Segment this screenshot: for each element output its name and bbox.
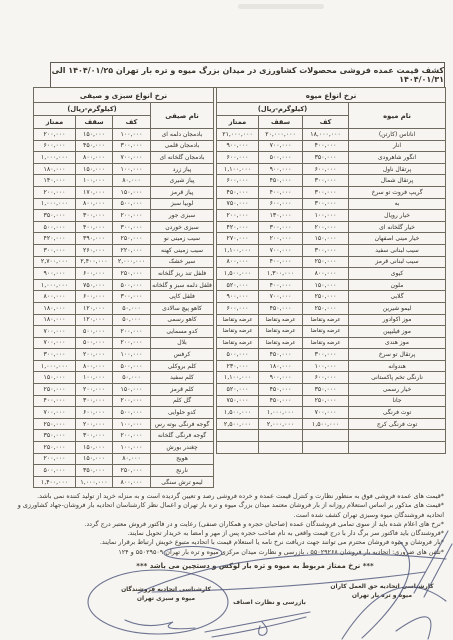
cell-name: گریپ فروت تو سرخ bbox=[349, 186, 446, 198]
cell-saghf: ۴۰۰,۰۰۰ bbox=[259, 279, 303, 291]
cell-kaf: عرضه وتقاضا bbox=[303, 337, 349, 349]
document-title: کشف قیمت عمده فروشی محصولات کشاورزی در م… bbox=[50, 62, 445, 88]
cell-name: کدو مسمایی bbox=[151, 326, 214, 338]
cell-momtaz: ۲۵۰,۰۰۰ bbox=[34, 384, 76, 396]
cell-momtaz: ۲۱,۰۰۰,۰۰۰ bbox=[217, 129, 259, 141]
cell-kaf: ۳۰۰,۰۰۰ bbox=[113, 221, 151, 233]
cell-momtaz: ۱,۵۰۰,۰۰۰ bbox=[217, 407, 259, 419]
cell-name: جانا bbox=[349, 395, 446, 407]
cell-saghf: ۴۰۰,۰۰۰ bbox=[259, 256, 303, 268]
cell-name: کاهو پیچ سالادی bbox=[151, 302, 214, 314]
cell-saghf: ۱۷۰,۰۰۰ bbox=[76, 186, 113, 198]
table-row: پرتقال ناول۶۰۰,۰۰۰۹۰۰,۰۰۰۱,۱۰۰,۰۰۰ bbox=[217, 163, 446, 175]
fruit-unit-header: (کیلوگرم-ریال) bbox=[217, 103, 349, 116]
table-row: چغندر بورش۱۰۰,۰۰۰۱۵۰,۰۰۰۲۵۰,۰۰۰ bbox=[34, 442, 214, 454]
cell-kaf: ۲۵۰,۰۰۰ bbox=[113, 233, 151, 245]
veg-unit-header: (کیلوگرم-ریال) bbox=[34, 103, 151, 116]
table-row: جانا۲۵۰,۰۰۰۴۵۰,۰۰۰۷۵۰,۰۰۰ bbox=[217, 395, 446, 407]
table-row: موز هندیعرضه وتقاضاعرضه وتقاضاعرضه وتقاض… bbox=[217, 337, 446, 349]
cell-name: بادمجان قلمی bbox=[151, 140, 214, 152]
cell-momtaz: ۲۳۰,۰۰۰ bbox=[217, 360, 259, 372]
fruit-price-table: نرخ انواع میوه نام میوه (کیلوگرم-ریال) ک… bbox=[216, 87, 446, 454]
cell-saghf: ۱۰۰,۰۰۰ bbox=[76, 175, 113, 187]
cell-saghf: ۸۰۰,۰۰۰ bbox=[76, 198, 113, 210]
table-row: سیب لبنانی سفید۳۰۰,۰۰۰۷۰۰,۰۰۰۱,۱۰۰,۰۰۰ bbox=[217, 244, 446, 256]
cell-name: خیار رسمی bbox=[349, 384, 446, 396]
cell-momtaz: ۱,۱۰۰,۰۰۰ bbox=[217, 372, 259, 384]
cell-name: هویج bbox=[151, 453, 214, 465]
cell-momtaz: ۵۰۰,۰۰۰ bbox=[34, 465, 76, 477]
cell-momtaz: ۴۲۰,۰۰۰ bbox=[34, 233, 76, 245]
table-row: فلفل دلمه سبز و گلخانه۵۰۰,۰۰۰۷۵۰,۰۰۰۱,۰۰… bbox=[34, 279, 214, 291]
cell-kaf: ۱۵۰,۰۰۰ bbox=[113, 186, 151, 198]
cell-momtaz: ۳۵۰,۰۰۰ bbox=[34, 430, 76, 442]
footnote-line: *فروشندگان باید فاکتور سر برگ دار با درج… bbox=[14, 529, 444, 538]
cell-name: پرتقال تو سرخ bbox=[349, 349, 446, 361]
table-row bbox=[217, 430, 446, 442]
cell-name bbox=[349, 442, 446, 454]
table-row: سیب زمینی کهنه۲۲۰,۰۰۰۲۶۰,۰۰۰۳۰۰,۰۰۰ bbox=[34, 244, 214, 256]
cell-name: موز هندی bbox=[349, 337, 446, 349]
cell-kaf: ۳۰۰,۰۰۰ bbox=[113, 291, 151, 303]
cell-saghf: ۶۰۰,۰۰۰ bbox=[76, 291, 113, 303]
fruit-name-column-header: نام میوه bbox=[349, 103, 446, 129]
cell-saghf: ۲۰۰,۰۰۰ bbox=[76, 384, 113, 396]
cell-name: فلفل کاپی bbox=[151, 291, 214, 303]
cell-kaf: ۲۵۰,۰۰۰ bbox=[303, 291, 349, 303]
cell-saghf: ۴۵۰,۰۰۰ bbox=[259, 175, 303, 187]
cell-name: انگور شاهرودی bbox=[349, 152, 446, 164]
cell-saghf: ۳۰۰,۰۰۰ bbox=[76, 430, 113, 442]
cell-kaf: ۵۰۰,۰۰۰ bbox=[113, 198, 151, 210]
cell-saghf: ۷۰۰,۰۰۰ bbox=[259, 244, 303, 256]
table-row: انار۴۰۰,۰۰۰۷۰۰,۰۰۰۹۰۰,۰۰۰ bbox=[217, 140, 446, 152]
cell-name: کرفس bbox=[151, 349, 214, 361]
cell-saghf: ۱۵۰,۰۰۰ bbox=[76, 129, 113, 141]
cell-momtaz: ۱,۰۰۰,۰۰۰ bbox=[34, 360, 76, 372]
table-row: کلم سفید۵۰,۰۰۰۱۰۰,۰۰۰۱۵۰,۰۰۰ bbox=[34, 372, 214, 384]
table-row: گریپ فروت تو سرخ۳۰۰,۰۰۰۴۰۰,۰۰۰۴۵۰,۰۰۰ bbox=[217, 186, 446, 198]
table-row: گل کلم۲۰۰,۰۰۰۳۰۰,۰۰۰۴۰۰,۰۰۰ bbox=[34, 395, 214, 407]
table-row: گوجه فرنگی بوته رس۱۰۰,۰۰۰۲۰۰,۰۰۰۲۵۰,۰۰۰ bbox=[34, 418, 214, 430]
table-row: انگور شاهرودی۳۵۰,۰۰۰۵۰۰,۰۰۰۶۰۰,۰۰۰ bbox=[217, 152, 446, 164]
cell-kaf: ۲,۰۰۰,۰۰۰ bbox=[113, 256, 151, 268]
signature-title-line: کارشناسی اتحادیه فروشندگان bbox=[110, 586, 222, 595]
scanned-price-document: { "title": "کشف قیمت عمده فروشی محصولات … bbox=[0, 0, 453, 640]
cell-momtaz: ۵۲۰,۰۰۰ bbox=[217, 384, 259, 396]
table-row: کرفس۱۰۰,۰۰۰۲۰۰,۰۰۰۳۰۰,۰۰۰ bbox=[34, 349, 214, 361]
table-row: سیب لبنانی قرمز۲۵۰,۰۰۰۴۰۰,۰۰۰۸۰۰,۰۰۰ bbox=[217, 256, 446, 268]
cell-momtaz: ۷۰۰,۰۰۰ bbox=[34, 326, 76, 338]
table-row: کلم قرمز۱۵۰,۰۰۰۲۰۰,۰۰۰۲۵۰,۰۰۰ bbox=[34, 384, 214, 396]
cell-saghf: ۱۲۰,۰۰۰ bbox=[76, 302, 113, 314]
cell-momtaz: ۲,۷۰۰,۰۰۰ bbox=[34, 256, 76, 268]
cell-kaf: ۳۵۰,۰۰۰ bbox=[303, 384, 349, 396]
cell-kaf: ۲۰۰,۰۰۰ bbox=[113, 337, 151, 349]
cell-kaf: ۱۰۰,۰۰۰ bbox=[113, 442, 151, 454]
table-row: بلال۲۰۰,۰۰۰۵۰۰,۰۰۰۷۰۰,۰۰۰ bbox=[34, 337, 214, 349]
signature-title-line: میوه و تره بار تهران bbox=[318, 592, 446, 601]
fruit-col-kaf: کف bbox=[303, 116, 349, 129]
cell-kaf: ۱۰۰,۰۰۰ bbox=[113, 349, 151, 361]
table-row: خیار رسمی۳۵۰,۰۰۰۴۵۰,۰۰۰۵۲۰,۰۰۰ bbox=[217, 384, 446, 396]
signature-block-sellers-union: کارشناسی اتحادیه فروشندگان میوه و سبزی ت… bbox=[110, 586, 222, 603]
table-row: توت فرنگی کرج۱,۵۰۰,۰۰۰۲,۰۰۰,۰۰۰۲,۵۰۰,۰۰۰ bbox=[217, 418, 446, 430]
cell-name: انار bbox=[349, 140, 446, 152]
table-row: هویج۸۰,۰۰۰۱۵۰,۰۰۰۲۰۰,۰۰۰ bbox=[34, 453, 214, 465]
cell-saghf: ۴۵۰,۰۰۰ bbox=[259, 395, 303, 407]
cell-momtaz bbox=[217, 430, 259, 442]
cell-kaf: ۸۰۰,۰۰۰ bbox=[113, 476, 151, 488]
cell-momtaz: ۳۵۰,۰۰۰ bbox=[34, 210, 76, 222]
cell-kaf: ۱۵۰,۰۰۰ bbox=[303, 279, 349, 291]
table-row: خیار مینی اصفهان۱۵۰,۰۰۰۲۰۰,۰۰۰۲۷۰,۰۰۰ bbox=[217, 233, 446, 245]
cell-kaf: ۵۰۰,۰۰۰ bbox=[113, 279, 151, 291]
footnote-line: *بار فروشان و میوه فروشان محترم می توانن… bbox=[14, 538, 444, 547]
cell-name: پیاز قرمز bbox=[151, 186, 214, 198]
table-row: نارنج۲۵۰,۰۰۰۳۵۰,۰۰۰۵۰۰,۰۰۰ bbox=[34, 465, 214, 477]
veg-col-saghf: سقف bbox=[76, 116, 113, 129]
cell-kaf: ۸۰۰,۰۰۰ bbox=[303, 268, 349, 280]
table-row: فلفل تند ریز گلخانه۲۵۰,۰۰۰۶۰۰,۰۰۰۹۰۰,۰۰۰ bbox=[34, 268, 214, 280]
cell-kaf: ۳۰۰,۰۰۰ bbox=[303, 186, 349, 198]
cell-saghf: ۷۰۰,۰۰۰ bbox=[259, 291, 303, 303]
table-row: توت فرنگی۷۰۰,۰۰۰۱,۰۰۰,۰۰۰۱,۵۰۰,۰۰۰ bbox=[217, 407, 446, 419]
cell-momtaz: ۹۰۰,۰۰۰ bbox=[34, 268, 76, 280]
cell-name: موز اکوادور bbox=[349, 314, 446, 326]
cell-kaf: عرضه وتقاضا bbox=[303, 314, 349, 326]
cell-saghf: ۶۰۰,۰۰۰ bbox=[259, 198, 303, 210]
cell-kaf: ۳۰۰,۰۰۰ bbox=[303, 198, 349, 210]
cell-momtaz: ۱,۰۰۰,۰۰۰ bbox=[34, 152, 76, 164]
cell-momtaz: ۱۸۰,۰۰۰ bbox=[34, 302, 76, 314]
cell-momtaz: ۷۰۰,۰۰۰ bbox=[34, 407, 76, 419]
table-row: گلابی۲۵۰,۰۰۰۷۰۰,۰۰۰۹۰۰,۰۰۰ bbox=[217, 291, 446, 303]
cell-kaf: ۲۵۰,۰۰۰ bbox=[113, 268, 151, 280]
cell-kaf: ۱۵۰,۰۰۰ bbox=[113, 384, 151, 396]
table-row: خیار گلخانه ای۲۰۰,۰۰۰۳۰۰,۰۰۰۴۲۰,۰۰۰ bbox=[217, 221, 446, 233]
cell-saghf: ۲,۴۰۰,۰۰۰ bbox=[76, 256, 113, 268]
cell-momtaz: ۲۵۰,۰۰۰ bbox=[34, 418, 76, 430]
cell-momtaz: عرضه وتقاضا bbox=[217, 326, 259, 338]
table-row: بادمجان قلمی۳۰۰,۰۰۰۴۵۰,۰۰۰۶۰۰,۰۰۰ bbox=[34, 140, 214, 152]
signature-title-line: بازرسی و نظارت اصناف bbox=[222, 599, 317, 608]
cell-saghf: ۲۰۰,۰۰۰ bbox=[259, 233, 303, 245]
cell-momtaz: ۱۸۰,۰۰۰ bbox=[34, 314, 76, 326]
middle-signature-scribble bbox=[205, 612, 310, 632]
cell-kaf: ۲۵۰,۰۰۰ bbox=[303, 256, 349, 268]
cell-momtaz: ۲۷۰,۰۰۰ bbox=[217, 233, 259, 245]
cell-kaf: ۲۰۰,۰۰۰ bbox=[113, 395, 151, 407]
cell-kaf: ۵۰۰,۰۰۰ bbox=[113, 360, 151, 372]
veg-name-column-header: نام صیفی bbox=[151, 103, 214, 129]
cell-momtaz: ۴۰۰,۰۰۰ bbox=[34, 395, 76, 407]
cell-momtaz: ۱,۰۰۰,۰۰۰ bbox=[34, 279, 76, 291]
cell-momtaz: ۶۰۰,۰۰۰ bbox=[34, 140, 76, 152]
table-row: لیمو ترش سنگی۸۰۰,۰۰۰۱,۰۰۰,۰۰۰۱,۴۰۰,۰۰۰ bbox=[34, 476, 214, 488]
cell-name: چغندر بورش bbox=[151, 442, 214, 454]
cell-name: گوجه فرنگی گلخانه bbox=[151, 430, 214, 442]
signature-title-line: میوه و سبزی تهران bbox=[110, 595, 222, 604]
table-row: سیب زمینی نو۲۵۰,۰۰۰۳۹۰,۰۰۰۴۲۰,۰۰۰ bbox=[34, 233, 214, 245]
middle-signature-scribble bbox=[212, 617, 306, 637]
table-row: نارنگی تخم پاکستانی۶۰۰,۰۰۰۹۰۰,۰۰۰۱,۱۰۰,۰… bbox=[217, 372, 446, 384]
cell-saghf: ۴۵۰,۰۰۰ bbox=[259, 349, 303, 361]
cell-name: سیب لبنانی قرمز bbox=[349, 256, 446, 268]
cell-name: توت فرنگی کرج bbox=[349, 418, 446, 430]
cell-name: لیمو ترش سنگی bbox=[151, 476, 214, 488]
cell-saghf: ۱۵۰,۰۰۰ bbox=[76, 163, 113, 175]
table-row: اناناس (کارتن)۱۸,۰۰۰,۰۰۰۲۰,۰۰۰,۰۰۰۲۱,۰۰۰… bbox=[217, 129, 446, 141]
cell-momtaz: ۲۰۰,۰۰۰ bbox=[34, 186, 76, 198]
veg-section-header: نرخ انواع سبزی و صیفی bbox=[34, 88, 214, 103]
cell-name: پیاز زرد bbox=[151, 163, 214, 175]
table-row: پرتقال شمال۳۰۰,۰۰۰۴۵۰,۰۰۰۶۰۰,۰۰۰ bbox=[217, 175, 446, 187]
cell-kaf: ۱۰۰,۰۰۰ bbox=[113, 129, 151, 141]
cell-saghf: ۶۰۰,۰۰۰ bbox=[76, 268, 113, 280]
cell-momtaz: ۶۰۰,۰۰۰ bbox=[217, 175, 259, 187]
cell-momtaz: ۹۰۰,۰۰۰ bbox=[217, 291, 259, 303]
cell-name: اناناس (کارتن) bbox=[349, 129, 446, 141]
cell-momtaz: ۱۵۰,۰۰۰ bbox=[34, 372, 76, 384]
right-signature-scribble bbox=[396, 617, 431, 639]
cell-saghf: ۱۵۰,۰۰۰ bbox=[76, 442, 113, 454]
cell-kaf: ۳۵۰,۰۰۰ bbox=[303, 152, 349, 164]
cell-kaf: ۱,۵۰۰,۰۰۰ bbox=[303, 418, 349, 430]
left-signature-scribble bbox=[125, 620, 195, 629]
cell-kaf: ۲۰۰,۰۰۰ bbox=[113, 326, 151, 338]
cell-momtaz: ۷۵۰,۰۰۰ bbox=[217, 198, 259, 210]
table-row: موز اکوادورعرضه وتقاضاعرضه وتقاضاعرضه وت… bbox=[217, 314, 446, 326]
cell-momtaz: ۱,۱۰۰,۰۰۰ bbox=[217, 244, 259, 256]
cell-name: خیار گلخانه ای bbox=[349, 221, 446, 233]
cell-kaf: ۶۰۰,۰۰۰ bbox=[303, 372, 349, 384]
cell-name: موز فیلیپین bbox=[349, 326, 446, 338]
cell-momtaz: ۳۰۰,۰۰۰ bbox=[34, 244, 76, 256]
cell-name: سبزی خوردن bbox=[151, 221, 214, 233]
cell-momtaz: عرضه وتقاضا bbox=[217, 337, 259, 349]
cell-kaf: ۵۰,۰۰۰ bbox=[113, 302, 151, 314]
cell-name: لیمو شیرین bbox=[349, 302, 446, 314]
cell-momtaz: ۸۰۰,۰۰۰ bbox=[34, 291, 76, 303]
cell-saghf: ۱,۰۰۰,۰۰۰ bbox=[259, 407, 303, 419]
footnote-line: *نرخ های اعلام شده باید از سوی تمامی فرو… bbox=[14, 520, 444, 529]
table-row: پیاز قرمز۱۵۰,۰۰۰۱۷۰,۰۰۰۲۰۰,۰۰۰ bbox=[34, 186, 214, 198]
cell-kaf: ۱۰۰,۰۰۰ bbox=[303, 210, 349, 222]
cell-kaf: ۸۰,۰۰۰ bbox=[113, 175, 151, 187]
cell-name: کلم سفید bbox=[151, 372, 214, 384]
cell-saghf: ۵۰۰,۰۰۰ bbox=[76, 337, 113, 349]
cell-saghf: ۳۰۰,۰۰۰ bbox=[76, 210, 113, 222]
footnote-line: *قیمت های عمده فروشی فوق به منظور نظارت … bbox=[14, 492, 444, 501]
cell-momtaz: ۲۵۰,۰۰۰ bbox=[34, 442, 76, 454]
cell-momtaz: ۳۰۰,۰۰۰ bbox=[34, 349, 76, 361]
cell-kaf: ۲۰۰,۰۰۰ bbox=[113, 210, 151, 222]
cell-saghf: ۳۰۰,۰۰۰ bbox=[76, 395, 113, 407]
table-row: پیاز زرد۱۰۰,۰۰۰۱۵۰,۰۰۰۱۸۰,۰۰۰ bbox=[34, 163, 214, 175]
cell-name: خیار مینی اصفهان bbox=[349, 233, 446, 245]
cell-saghf: ۵۰۰,۰۰۰ bbox=[76, 326, 113, 338]
table-row: هندوانه۱۰۰,۰۰۰۱۸۰,۰۰۰۲۳۰,۰۰۰ bbox=[217, 360, 446, 372]
table-row: ملون۱۵۰,۰۰۰۴۰۰,۰۰۰۵۲۰,۰۰۰ bbox=[217, 279, 446, 291]
cell-momtaz: ۱,۱۰۰,۰۰۰ bbox=[217, 163, 259, 175]
cell-saghf: ۹۰۰,۰۰۰ bbox=[259, 163, 303, 175]
veg-col-momtaz: ممتاز bbox=[34, 116, 76, 129]
cell-saghf: ۸۰۰,۰۰۰ bbox=[76, 152, 113, 164]
cell-momtaz: ۷۰۰,۰۰۰ bbox=[34, 337, 76, 349]
cell-saghf: ۳۹۰,۰۰۰ bbox=[76, 233, 113, 245]
footnote-line: *قیمت های مذکور بر اساس استعلام روزانه ا… bbox=[14, 501, 444, 520]
signature-block-guild-inspection: بازرسی و نظارت اصناف bbox=[222, 599, 317, 608]
cell-kaf: ۱۸,۰۰۰,۰۰۰ bbox=[303, 129, 349, 141]
cell-momtaz: ۵۰۰,۰۰۰ bbox=[217, 349, 259, 361]
cell-saghf: ۶۰۰,۰۰۰ bbox=[76, 407, 113, 419]
middle-signature-scribble bbox=[259, 622, 267, 635]
table-row: کاهو رسمی۵۰,۰۰۰۱۲۰,۰۰۰۱۸۰,۰۰۰ bbox=[34, 314, 214, 326]
cell-name: خیار رویال bbox=[349, 210, 446, 222]
cell-name: به bbox=[349, 198, 446, 210]
cell-name: کاهو رسمی bbox=[151, 314, 214, 326]
cell-saghf: ۴۵۰,۰۰۰ bbox=[259, 384, 303, 396]
premium-grade-note: *** نرخ ممتاز مربوط به میوه و تره بار لو… bbox=[60, 562, 450, 570]
cell-momtaz: ۲۰۰,۰۰۰ bbox=[34, 129, 76, 141]
cell-name: ملون bbox=[349, 279, 446, 291]
cell-saghf bbox=[259, 430, 303, 442]
cell-name: بادمجان گلخانه ای bbox=[151, 152, 214, 164]
cell-name: سیر خشک bbox=[151, 256, 214, 268]
cell-kaf: ۳۰۰,۰۰۰ bbox=[113, 140, 151, 152]
cell-saghf: ۲,۰۰۰,۰۰۰ bbox=[259, 418, 303, 430]
table-row: گوجه فرنگی گلخانه۲۰۰,۰۰۰۳۰۰,۰۰۰۳۵۰,۰۰۰ bbox=[34, 430, 214, 442]
cell-saghf: ۴۰۰,۰۰۰ bbox=[259, 186, 303, 198]
cell-kaf: ۳۰۰,۰۰۰ bbox=[303, 175, 349, 187]
cell-saghf: ۴۵۰,۰۰۰ bbox=[259, 302, 303, 314]
cell-name: لوبیا سبز bbox=[151, 198, 214, 210]
cell-kaf: ۲۵۰,۰۰۰ bbox=[303, 302, 349, 314]
cell-kaf: ۳۰۰,۰۰۰ bbox=[303, 349, 349, 361]
cell-momtaz: ۱,۴۰۰,۰۰۰ bbox=[34, 476, 76, 488]
cell-saghf: ۵۰۰,۰۰۰ bbox=[259, 152, 303, 164]
table-row: لیمو شیرین۲۵۰,۰۰۰۴۵۰,۰۰۰۶۰۰,۰۰۰ bbox=[217, 302, 446, 314]
cell-saghf: ۲۰۰,۰۰۰ bbox=[76, 349, 113, 361]
cell-momtaz: ۸۰۰,۰۰۰ bbox=[217, 256, 259, 268]
cell-saghf: ۱۸۰,۰۰۰ bbox=[259, 360, 303, 372]
cell-saghf: عرضه وتقاضا bbox=[259, 326, 303, 338]
table-row: فلفل کاپی۳۰۰,۰۰۰۶۰۰,۰۰۰۸۰۰,۰۰۰ bbox=[34, 291, 214, 303]
cell-momtaz: ۷۵۰,۰۰۰ bbox=[217, 395, 259, 407]
cell-momtaz: ۱۴۰,۰۰۰ bbox=[34, 175, 76, 187]
cell-saghf: ۲۰,۰۰۰,۰۰۰ bbox=[259, 129, 303, 141]
cell-name: فلفل دلمه سبز و گلخانه bbox=[151, 279, 214, 291]
cell-saghf: ۹۰۰,۰۰۰ bbox=[259, 372, 303, 384]
cell-momtaz: ۴۲۰,۰۰۰ bbox=[217, 221, 259, 233]
table-row: سیر خشک۲,۰۰۰,۰۰۰۲,۴۰۰,۰۰۰۲,۷۰۰,۰۰۰ bbox=[34, 256, 214, 268]
cell-saghf: ۴۰۰,۰۰۰ bbox=[76, 221, 113, 233]
cell-momtaz: ۶۰۰,۰۰۰ bbox=[217, 152, 259, 164]
cell-saghf: ۱۳۰,۰۰۰ bbox=[259, 210, 303, 222]
table-row: لوبیا سبز۵۰۰,۰۰۰۸۰۰,۰۰۰۱,۰۰۰,۰۰۰ bbox=[34, 198, 214, 210]
cell-saghf bbox=[259, 442, 303, 454]
cell-kaf: ۵۰,۰۰۰ bbox=[113, 314, 151, 326]
cell-momtaz: ۵۰۰,۰۰۰ bbox=[34, 221, 76, 233]
cell-kaf: ۸۰,۰۰۰ bbox=[113, 453, 151, 465]
cell-kaf bbox=[303, 430, 349, 442]
table-row: پیاز شیری۸۰,۰۰۰۱۰۰,۰۰۰۱۴۰,۰۰۰ bbox=[34, 175, 214, 187]
table-row: به۳۰۰,۰۰۰۶۰۰,۰۰۰۷۵۰,۰۰۰ bbox=[217, 198, 446, 210]
cell-saghf: عرضه وتقاضا bbox=[259, 314, 303, 326]
fruit-col-momtaz: ممتاز bbox=[217, 116, 259, 129]
cell-saghf: ۱,۳۰۰,۰۰۰ bbox=[259, 268, 303, 280]
cell-momtaz: ۹۰۰,۰۰۰ bbox=[217, 140, 259, 152]
cell-momtaz: ۲۰۰,۰۰۰ bbox=[34, 453, 76, 465]
cell-momtaz: ۲۰۰,۰۰۰ bbox=[217, 210, 259, 222]
cell-name: کلم قرمز bbox=[151, 384, 214, 396]
cell-saghf: ۷۵۰,۰۰۰ bbox=[76, 279, 113, 291]
cell-kaf: ۲۲۰,۰۰۰ bbox=[113, 244, 151, 256]
vegetable-price-table: نرخ انواع سبزی و صیفی نام صیفی (کیلوگرم-… bbox=[33, 87, 214, 488]
table-row: خیار رویال۱۰۰,۰۰۰۱۳۰,۰۰۰۲۰۰,۰۰۰ bbox=[217, 210, 446, 222]
cell-kaf: ۱۰۰,۰۰۰ bbox=[113, 163, 151, 175]
cell-momtaz: ۵۲۰,۰۰۰ bbox=[217, 279, 259, 291]
signature-title-line: کارشناسی اتحادیه حق العمل کاران bbox=[318, 583, 446, 592]
cell-momtaz: ۱۸۰,۰۰۰ bbox=[34, 163, 76, 175]
table-row bbox=[217, 442, 446, 454]
scan-smudge bbox=[238, 4, 324, 9]
cell-saghf: ۳۰۰,۰۰۰ bbox=[259, 221, 303, 233]
cell-name: بلال bbox=[151, 337, 214, 349]
cell-momtaz: ۴۵۰,۰۰۰ bbox=[217, 186, 259, 198]
table-row: بادمجان گلخانه ای۷۰۰,۰۰۰۸۰۰,۰۰۰۱,۰۰۰,۰۰۰ bbox=[34, 152, 214, 164]
cell-name: هندوانه bbox=[349, 360, 446, 372]
cell-kaf: ۲۵۰,۰۰۰ bbox=[303, 395, 349, 407]
cell-kaf: عرضه وتقاضا bbox=[303, 326, 349, 338]
table-row: بادمجان دلمه ای۱۰۰,۰۰۰۱۵۰,۰۰۰۲۰۰,۰۰۰ bbox=[34, 129, 214, 141]
table-row: کاهو پیچ سالادی۵۰,۰۰۰۱۲۰,۰۰۰۱۸۰,۰۰۰ bbox=[34, 302, 214, 314]
cell-name: نارنج bbox=[151, 465, 214, 477]
cell-name: گلابی bbox=[349, 291, 446, 303]
cell-name: گل کلم bbox=[151, 395, 214, 407]
cell-name: کدو حلوایی bbox=[151, 407, 214, 419]
cell-saghf: ۱۲۰,۰۰۰ bbox=[76, 314, 113, 326]
cell-momtaz: عرضه وتقاضا bbox=[217, 314, 259, 326]
cell-kaf: ۷۰۰,۰۰۰ bbox=[113, 152, 151, 164]
cell-name: پرتقال ناول bbox=[349, 163, 446, 175]
cell-kaf: ۷۰۰,۰۰۰ bbox=[303, 407, 349, 419]
fruit-section-header: نرخ انواع میوه bbox=[217, 88, 446, 103]
cell-kaf: ۴۰۰,۰۰۰ bbox=[303, 140, 349, 152]
cell-name: فلفل تند ریز گلخانه bbox=[151, 268, 214, 280]
cell-saghf: ۷۰۰,۰۰۰ bbox=[259, 140, 303, 152]
cell-kaf: ۲۰۰,۰۰۰ bbox=[113, 430, 151, 442]
signature-block-commission-agents-union: کارشناسی اتحادیه حق العمل کاران میوه و ت… bbox=[318, 583, 446, 600]
table-row: پرتقال تو سرخ۳۰۰,۰۰۰۴۵۰,۰۰۰۵۰۰,۰۰۰ bbox=[217, 349, 446, 361]
cell-kaf: ۵۰,۰۰۰ bbox=[113, 372, 151, 384]
cell-saghf: ۳۵۰,۰۰۰ bbox=[76, 465, 113, 477]
cell-name: گوجه فرنگی بوته رس bbox=[151, 418, 214, 430]
cell-name: پیاز شیری bbox=[151, 175, 214, 187]
footnotes: *قیمت های عمده فروشی فوق به منظور نظارت … bbox=[14, 492, 444, 557]
table-row: سبزی خوردن۳۰۰,۰۰۰۴۰۰,۰۰۰۵۰۰,۰۰۰ bbox=[34, 221, 214, 233]
cell-name: کیوی bbox=[349, 268, 446, 280]
cell-saghf: ۲۶۰,۰۰۰ bbox=[76, 244, 113, 256]
cell-saghf: ۱۰۰,۰۰۰ bbox=[76, 372, 113, 384]
cell-momtaz: ۱,۰۰۰,۰۰۰ bbox=[34, 198, 76, 210]
cell-name: پرتقال شمال bbox=[349, 175, 446, 187]
cell-name: توت فرنگی bbox=[349, 407, 446, 419]
cell-name bbox=[349, 430, 446, 442]
cell-name: بادمجان دلمه ای bbox=[151, 129, 214, 141]
cell-momtaz: ۱,۵۰۰,۰۰۰ bbox=[217, 268, 259, 280]
